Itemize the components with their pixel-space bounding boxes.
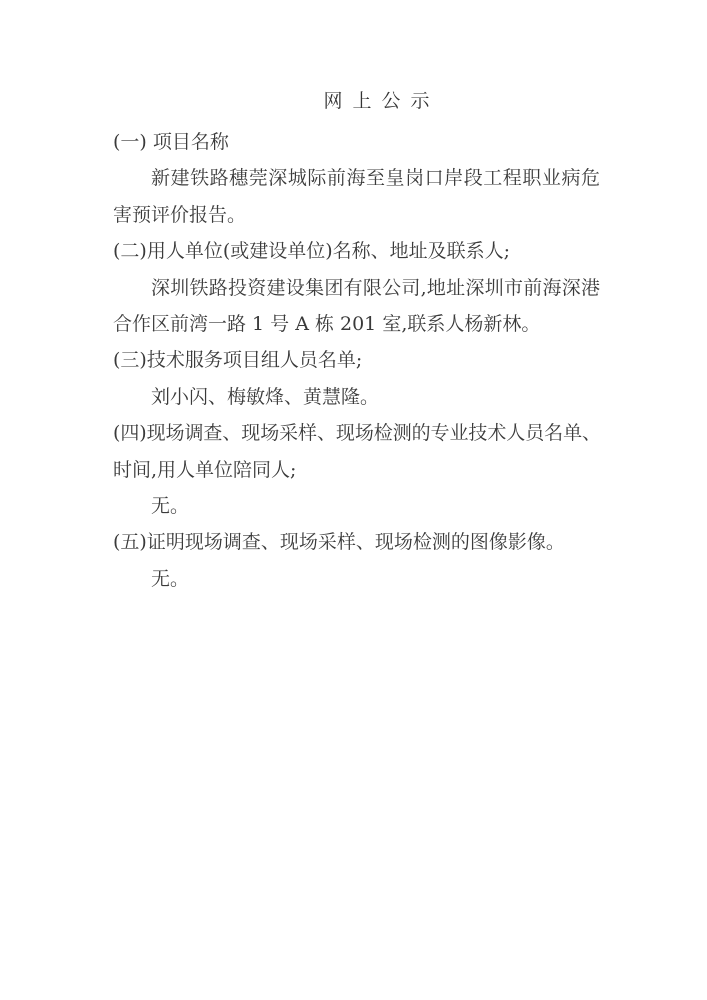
text-line: 时间,用人单位陪同人; — [113, 452, 600, 488]
text-line: (四)现场调查、现场采样、现场检测的专业技术人员名单、 — [113, 415, 600, 451]
text-line: 合作区前湾一路 1 号 A 栋 201 室,联系人杨新林。 — [113, 306, 600, 342]
text-line: 刘小闪、梅敏烽、黄慧隆。 — [113, 379, 600, 415]
text-line: 无。 — [113, 488, 600, 524]
text-line: (一) 项目名称 — [113, 124, 600, 160]
text-line: (五)证明现场调查、现场采样、现场检测的图像影像。 — [113, 524, 600, 560]
document-body: (一) 项目名称新建铁路穗莞深城际前海至皇岗口岸段工程职业病危害预评价报告。(二… — [113, 124, 600, 597]
text-line: (二)用人单位(或建设单位)名称、地址及联系人; — [113, 233, 600, 269]
text-line: 害预评价报告。 — [113, 197, 600, 233]
text-line: (三)技术服务项目组人员名单; — [113, 342, 600, 378]
text-line: 新建铁路穗莞深城际前海至皇岗口岸段工程职业病危 — [113, 160, 600, 196]
text-line: 无。 — [113, 561, 600, 597]
text-line: 深圳铁路投资建设集团有限公司,地址深圳市前海深港 — [113, 270, 600, 306]
document-page: 网 上 公 示 (一) 项目名称新建铁路穗莞深城际前海至皇岗口岸段工程职业病危害… — [0, 0, 707, 1000]
document-title: 网 上 公 示 — [113, 83, 600, 119]
